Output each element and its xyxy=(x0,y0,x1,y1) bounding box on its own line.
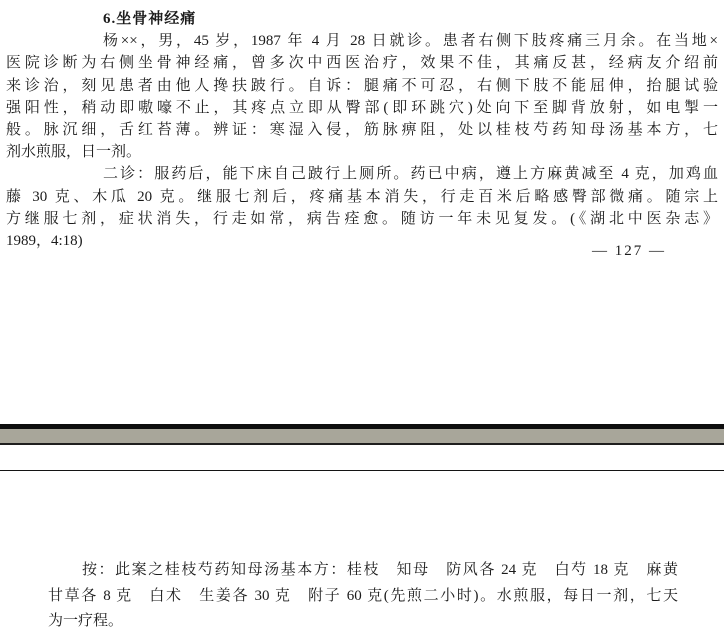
text-line: 藤 30 克、木瓜 20 克。继服七剂后，疼痛基本消失，行走百米后略感臀部微痛。… xyxy=(6,186,718,208)
text-line: 剂水煎服，日一剂。 xyxy=(6,141,718,163)
case-title: 6.坐骨神经痛 xyxy=(6,8,718,30)
text-line: 杨××，男，45 岁，1987 年 4 月 28 日就诊。患者右侧下肢疼痛三月余… xyxy=(6,30,718,52)
text-line: 来诊治，刻见患者由他人搀扶跛行。自诉：腿痛不可忍，右侧下肢不能屈伸，抬腿试验 xyxy=(6,75,718,97)
text-line: 二诊：服药后，能下床自己跛行上厕所。药已中病，遵上方麻黄减至 4 克，加鸡血 xyxy=(6,163,718,185)
text-line: 按：此案之桂枝芍药知母汤基本方：桂枝 知母 防风各 24 克 白芍 18 克 麻… xyxy=(48,558,678,584)
text-line: 方继服七剂，症状消失，行走如常，病告痊愈。随访一年未见复发。(《湖北中医杂志》 xyxy=(6,208,718,230)
text-line: 为一疗程。 xyxy=(48,609,678,629)
text-line: 般。脉沉细，舌红苔薄。辨证：寒湿入侵，筋脉痹阻，处以桂枝芍药知母汤基本方，七 xyxy=(6,119,718,141)
case-text-block: 6.坐骨神经痛 杨××，男，45 岁，1987 年 4 月 28 日就诊。患者右… xyxy=(6,8,718,252)
case-paragraph-1: 杨××，男，45 岁，1987 年 4 月 28 日就诊。患者右侧下肢疼痛三月余… xyxy=(6,30,718,163)
text-line: 医院诊断为右侧坐骨神经痛，曾多次中西医治疗，效果不佳，其痛反甚，经病友介绍前 xyxy=(6,52,718,74)
page-number: — 127 — xyxy=(592,243,666,260)
divider-gray-band xyxy=(0,429,724,445)
divider-thin-rule xyxy=(0,470,724,471)
case-paragraph-2: 二诊：服药后，能下床自己跛行上厕所。药已中病，遵上方麻黄减至 4 克，加鸡血藤 … xyxy=(6,163,718,252)
formula-note-block: 按：此案之桂枝芍药知母汤基本方：桂枝 知母 防风各 24 克 白芍 18 克 麻… xyxy=(48,558,678,629)
text-line: 强阳性，稍动即嗷嚎不止，其疼点立即从臀部(即环跳穴)处向下至脚背放射，如电掣一 xyxy=(6,97,718,119)
text-line: 甘草各 8 克 白术 生姜各 30 克 附子 60 克(先煎二小时)。水煎服，每… xyxy=(48,584,678,610)
